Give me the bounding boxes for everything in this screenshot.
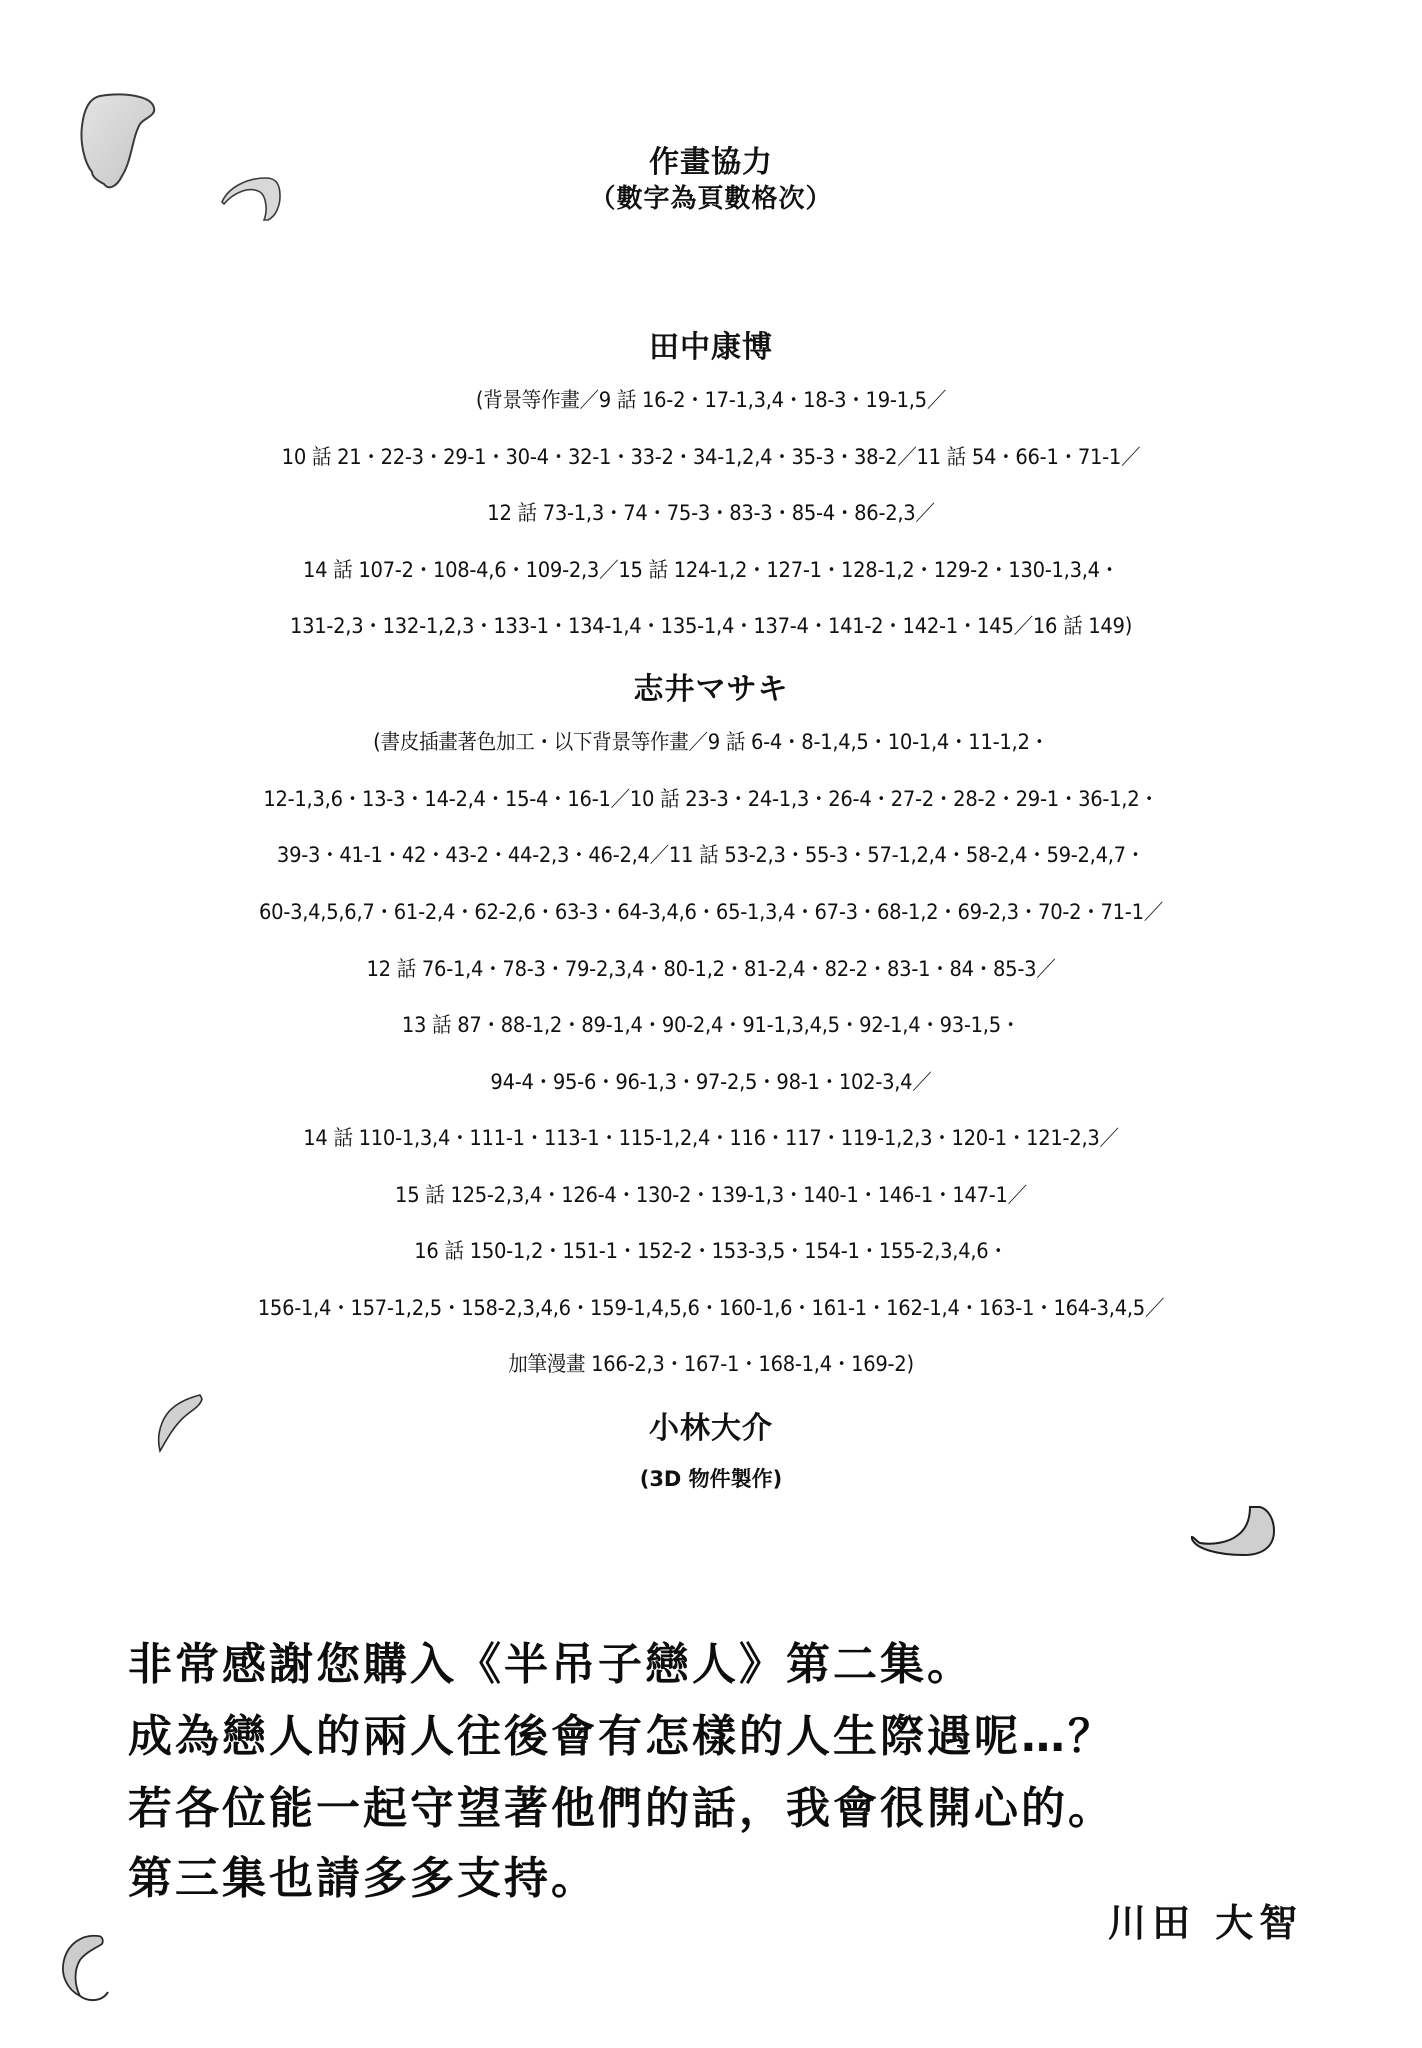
credit-line: (背景等作畫／9 話 16-2・17-1,3,4・18-3・19-1,5／ (50, 384, 1372, 414)
credit-name-shii: 志井マサキ (0, 664, 1422, 708)
credit-line: 15 話 125-2,3,4・126-4・130-2・139-1,3・140-1… (50, 1179, 1372, 1209)
credit-line: 14 話 107-2・108-4,6・109-2,3／15 話 124-1,2・… (50, 554, 1372, 584)
credit-line: 12 話 76-1,4・78-3・79-2,3,4・80-1,2・81-2,4・… (50, 953, 1372, 983)
afterword-line: 成為戀人的兩人往後會有怎樣的人生際遇呢…？ (128, 1700, 1115, 1764)
page-title: 作畫協力 (0, 137, 1422, 181)
credit-line: 10 話 21・22-3・29-1・30-4・32-1・33-2・34-1,2,… (50, 441, 1372, 471)
afterword-line: 非常感謝您購入《半吊子戀人》第二集。 (128, 1628, 974, 1692)
credit-line: 94-4・95-6・96-1,3・97-2,5・98-1・102-3,4／ (50, 1066, 1372, 1096)
credit-line: 14 話 110-1,3,4・111-1・113-1・115-1,2,4・116… (50, 1122, 1372, 1152)
petal-icon (58, 1930, 118, 2010)
credit-name-kobayashi: 小林大介 (0, 1403, 1422, 1447)
author-signature: 川田 大智 (1108, 1892, 1303, 1947)
credit-line: 60-3,4,5,6,7・61-2,4・62-2,6・63-3・64-3,4,6… (50, 896, 1372, 926)
petal-icon (1188, 1503, 1280, 1563)
credit-line: (書皮插畫著色加工・以下背景等作畫／9 話 6-4・8-1,4,5・10-1,4… (50, 726, 1372, 756)
credit-line: 156-1,4・157-1,2,5・158-2,3,4,6・159-1,4,5,… (50, 1292, 1372, 1322)
credit-line: 加筆漫畫 166-2,3・167-1・168-1,4・169-2) (50, 1348, 1372, 1378)
credit-line: 131-2,3・132-1,2,3・133-1・134-1,4・135-1,4・… (50, 610, 1372, 640)
afterword-line: 第三集也請多多支持。 (128, 1842, 598, 1906)
credit-line: 13 話 87・88-1,2・89-1,4・90-2,4・91-1,3,4,5・… (50, 1009, 1372, 1039)
page-subtitle: （數字為頁數格次） (0, 178, 1422, 215)
credit-line: 39-3・41-1・42・43-2・44-2,3・46-2,4／11 話 53-… (50, 839, 1372, 869)
credit-line: 16 話 150-1,2・151-1・152-2・153-3,5・154-1・1… (50, 1235, 1372, 1265)
afterword-line: 若各位能一起守望著他們的話，我會很開心的。 (128, 1772, 1115, 1836)
credit-line: 12 話 73-1,3・74・75-3・83-3・85-4・86-2,3／ (50, 497, 1372, 527)
credit-line: (3D 物件製作) (0, 1463, 1422, 1493)
credit-line: 12-1,3,6・13-3・14-2,4・15-4・16-1／10 話 23-3… (50, 783, 1372, 813)
credit-name-tanaka: 田中康博 (0, 322, 1422, 366)
